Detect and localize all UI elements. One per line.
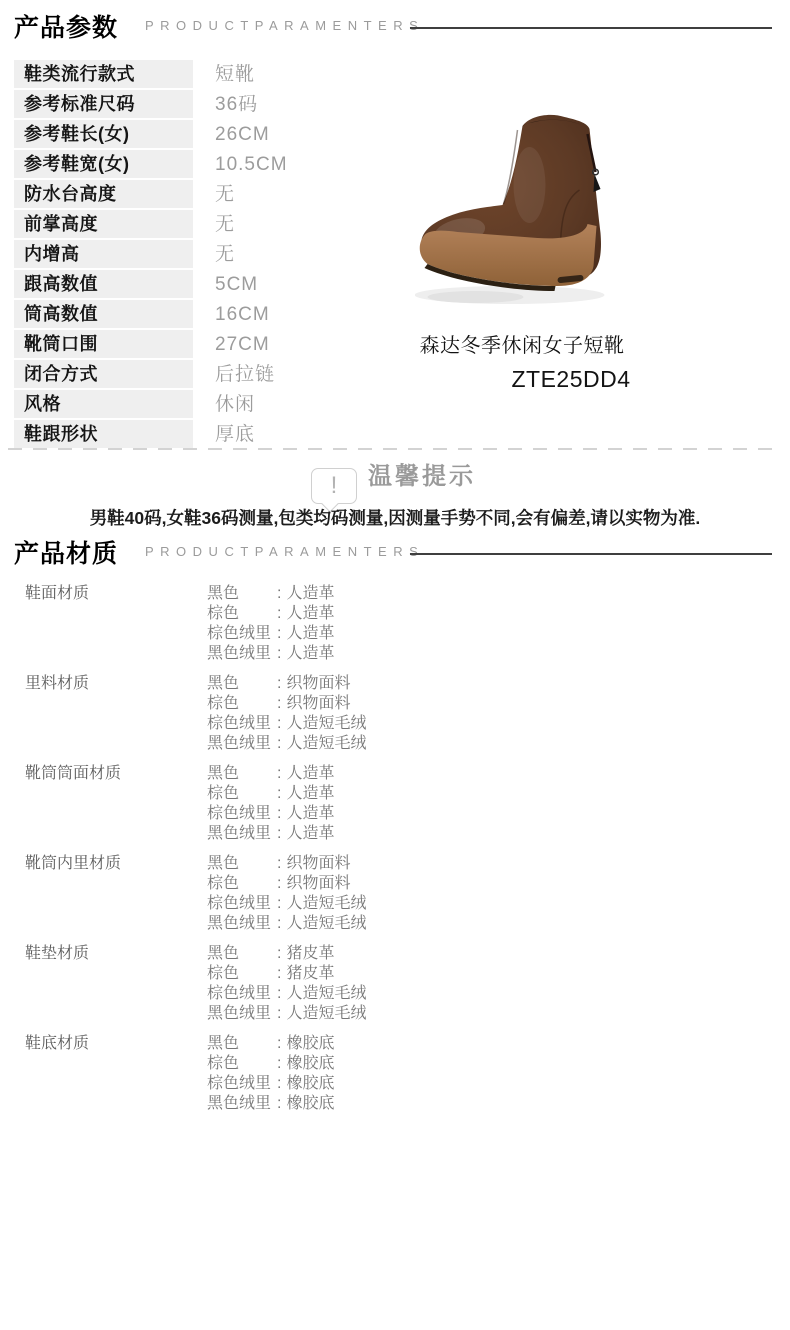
color-name: 黑色 [207, 674, 277, 694]
color-name: 黑色绒里 [207, 1004, 277, 1024]
separator: : [277, 965, 281, 982]
separator: : [277, 1055, 281, 1072]
table-row: 风格休闲 [14, 390, 444, 418]
material-value: 猪皮革 [286, 945, 334, 962]
param-value: 36码 [193, 90, 258, 118]
material-line: 黑色:橡胶底 [207, 1034, 334, 1054]
material-line: 黑色绒里:人造革 [207, 824, 334, 844]
param-value: 16CM [193, 300, 270, 328]
material-lines: 黑色:织物面料 棕色:织物面料 棕色绒里:人造短毛绒 黑色绒里:人造短毛绒 [207, 854, 366, 934]
material-line: 棕色绒里:人造短毛绒 [207, 894, 366, 914]
material-line: 棕色绒里:人造革 [207, 804, 334, 824]
material-block: 靴筒内里材质 黑色:织物面料 棕色:织物面料 棕色绒里:人造短毛绒 黑色绒里:人… [25, 854, 765, 934]
material-value: 织物面料 [286, 695, 350, 712]
material-value: 橡胶底 [286, 1055, 334, 1072]
product-title: 森达冬季休闲女子短靴 [391, 329, 653, 358]
separator: : [277, 695, 281, 712]
material-label: 鞋底材质 [25, 1034, 207, 1114]
materials-header-title: 产品材质 [14, 534, 118, 570]
material-value: 人造革 [286, 785, 334, 802]
param-label: 参考鞋长(女) [14, 120, 193, 148]
table-row: 跟高数值5CM [14, 270, 444, 298]
color-name: 黑色 [207, 944, 277, 964]
color-name: 棕色绒里 [207, 1074, 277, 1094]
params-header-title: 产品参数 [14, 8, 118, 44]
material-value: 人造短毛绒 [286, 985, 366, 1002]
material-block: 里料材质 黑色:织物面料 棕色:织物面料 棕色绒里:人造短毛绒 黑色绒里:人造短… [25, 674, 765, 754]
color-name: 棕色绒里 [207, 804, 277, 824]
color-name: 棕色 [207, 1054, 277, 1074]
param-value: 无 [193, 240, 235, 268]
material-line: 棕色:织物面料 [207, 874, 366, 894]
material-line: 棕色:人造革 [207, 604, 334, 624]
param-label: 筒高数值 [14, 300, 193, 328]
material-value: 橡胶底 [286, 1095, 334, 1112]
separator: : [277, 585, 281, 602]
material-value: 人造革 [286, 645, 334, 662]
materials-section-header: 产品材质 PRODUCTPARAMENTERS [0, 534, 790, 574]
material-value: 织物面料 [286, 875, 350, 892]
param-value: 无 [193, 180, 235, 208]
param-label: 跟高数值 [14, 270, 193, 298]
separator: : [277, 915, 281, 932]
material-block: 鞋底材质 黑色:橡胶底 棕色:橡胶底 棕色绒里:橡胶底 黑色绒里:橡胶底 [25, 1034, 765, 1114]
materials-header-subtitle: PRODUCTPARAMENTERS [145, 544, 424, 559]
material-line: 棕色绒里:人造短毛绒 [207, 984, 366, 1004]
material-label: 鞋面材质 [25, 584, 207, 664]
param-label: 参考标准尺码 [14, 90, 193, 118]
separator: : [277, 735, 281, 752]
header-rule-line [410, 553, 772, 555]
color-name: 棕色绒里 [207, 624, 277, 644]
param-label: 防水台高度 [14, 180, 193, 208]
params-header-subtitle: PRODUCTPARAMENTERS [145, 18, 424, 33]
material-value: 人造短毛绒 [286, 915, 366, 932]
color-name: 棕色绒里 [207, 714, 277, 734]
param-label: 前掌高度 [14, 210, 193, 238]
product-image-boot [415, 110, 615, 310]
color-name: 棕色 [207, 604, 277, 624]
param-value: 5CM [193, 270, 258, 298]
param-label: 靴筒口围 [14, 330, 193, 358]
color-name: 棕色绒里 [207, 894, 277, 914]
separator: : [277, 1075, 281, 1092]
table-row: 鞋跟形状厚底 [14, 420, 444, 448]
materials-list: 鞋面材质 黑色:人造革 棕色:人造革 棕色绒里:人造革 黑色绒里:人造革 里料材… [25, 584, 765, 1124]
material-lines: 黑色:人造革 棕色:人造革 棕色绒里:人造革 黑色绒里:人造革 [207, 584, 334, 664]
material-value: 橡胶底 [286, 1035, 334, 1052]
exclamation-icon: ! [311, 468, 357, 504]
product-model-code: ZTE25DD4 [440, 366, 702, 393]
separator: : [277, 785, 281, 802]
table-row: 参考鞋长(女)26CM [14, 120, 444, 148]
material-value: 织物面料 [286, 675, 350, 692]
color-name: 黑色 [207, 764, 277, 784]
table-row: 防水台高度无 [14, 180, 444, 208]
color-name: 黑色 [207, 584, 277, 604]
material-line: 黑色:猪皮革 [207, 944, 366, 964]
material-value: 人造短毛绒 [286, 895, 366, 912]
tips-text: 男鞋40码,女鞋36码测量,包类均码测量,因测量手势不同,会有偏差,请以实物为准… [0, 505, 790, 530]
material-value: 人造短毛绒 [286, 735, 366, 752]
separator: : [277, 855, 281, 872]
material-line: 棕色:人造革 [207, 784, 334, 804]
material-value: 人造革 [286, 805, 334, 822]
material-lines: 黑色:织物面料 棕色:织物面料 棕色绒里:人造短毛绒 黑色绒里:人造短毛绒 [207, 674, 366, 754]
separator: : [277, 1035, 281, 1052]
material-line: 黑色绒里:人造短毛绒 [207, 1004, 366, 1024]
material-lines: 黑色:人造革 棕色:人造革 棕色绒里:人造革 黑色绒里:人造革 [207, 764, 334, 844]
separator: : [277, 625, 281, 642]
material-value: 织物面料 [286, 855, 350, 872]
material-block: 鞋面材质 黑色:人造革 棕色:人造革 棕色绒里:人造革 黑色绒里:人造革 [25, 584, 765, 664]
material-line: 棕色:猪皮革 [207, 964, 366, 984]
color-name: 黑色绒里 [207, 734, 277, 754]
color-name: 棕色 [207, 964, 277, 984]
material-line: 棕色绒里:人造革 [207, 624, 334, 644]
color-name: 黑色绒里 [207, 1094, 277, 1114]
table-row: 筒高数值16CM [14, 300, 444, 328]
param-value: 10.5CM [193, 150, 288, 178]
material-label: 靴筒筒面材质 [25, 764, 207, 844]
param-value: 休闲 [193, 390, 255, 418]
param-label: 内增高 [14, 240, 193, 268]
table-row: 参考标准尺码36码 [14, 90, 444, 118]
material-line: 棕色:织物面料 [207, 694, 366, 714]
table-row: 闭合方式后拉链 [14, 360, 444, 388]
material-label: 里料材质 [25, 674, 207, 754]
material-line: 棕色绒里:人造短毛绒 [207, 714, 366, 734]
material-line: 黑色绒里:人造短毛绒 [207, 914, 366, 934]
exclamation-glyph: ! [312, 469, 356, 502]
separator: : [277, 875, 281, 892]
material-value: 人造革 [286, 605, 334, 622]
color-name: 黑色绒里 [207, 824, 277, 844]
material-lines: 黑色:橡胶底 棕色:橡胶底 棕色绒里:橡胶底 黑色绒里:橡胶底 [207, 1034, 334, 1114]
separator: : [277, 1005, 281, 1022]
params-section-header: 产品参数 PRODUCTPARAMENTERS [0, 8, 790, 48]
param-value: 无 [193, 210, 235, 238]
param-value: 短靴 [193, 60, 255, 88]
material-line: 黑色:织物面料 [207, 854, 366, 874]
param-value: 26CM [193, 120, 270, 148]
material-label: 靴筒内里材质 [25, 854, 207, 934]
material-block: 靴筒筒面材质 黑色:人造革 棕色:人造革 棕色绒里:人造革 黑色绒里:人造革 [25, 764, 765, 844]
separator: : [277, 765, 281, 782]
header-rule-line [410, 27, 772, 29]
color-name: 棕色 [207, 874, 277, 894]
material-value: 橡胶底 [286, 1075, 334, 1092]
material-value: 人造革 [286, 585, 334, 602]
material-line: 棕色绒里:橡胶底 [207, 1074, 334, 1094]
separator: : [277, 825, 281, 842]
separator: : [277, 805, 281, 822]
material-line: 黑色:人造革 [207, 584, 334, 604]
color-name: 黑色 [207, 854, 277, 874]
material-value: 人造短毛绒 [286, 1005, 366, 1022]
color-name: 棕色 [207, 784, 277, 804]
material-value: 人造革 [286, 625, 334, 642]
param-label: 闭合方式 [14, 360, 193, 388]
separator: : [277, 715, 281, 732]
material-block: 鞋垫材质 黑色:猪皮革 棕色:猪皮革 棕色绒里:人造短毛绒 黑色绒里:人造短毛绒 [25, 944, 765, 1024]
table-row: 参考鞋宽(女)10.5CM [14, 150, 444, 178]
separator: : [277, 985, 281, 1002]
product-detail-page: 产品参数 PRODUCTPARAMENTERS 鞋类流行款式短靴 参考标准尺码3… [0, 0, 790, 1330]
material-value: 猪皮革 [286, 965, 334, 982]
material-line: 黑色:织物面料 [207, 674, 366, 694]
param-value: 27CM [193, 330, 270, 358]
separator: : [277, 1095, 281, 1112]
separator: : [277, 895, 281, 912]
color-name: 黑色绒里 [207, 914, 277, 934]
param-value: 厚底 [193, 420, 255, 448]
color-name: 黑色 [207, 1034, 277, 1054]
separator: : [277, 675, 281, 692]
material-value: 人造短毛绒 [286, 715, 366, 732]
material-value: 人造革 [286, 825, 334, 842]
param-value: 后拉链 [193, 360, 275, 388]
material-line: 棕色:橡胶底 [207, 1054, 334, 1074]
material-value: 人造革 [286, 765, 334, 782]
param-label: 风格 [14, 390, 193, 418]
table-row: 前掌高度无 [14, 210, 444, 238]
parameters-table: 鞋类流行款式短靴 参考标准尺码36码 参考鞋长(女)26CM 参考鞋宽(女)10… [14, 60, 444, 450]
material-line: 黑色绒里:橡胶底 [207, 1094, 334, 1114]
table-row: 靴筒口围27CM [14, 330, 444, 358]
color-name: 黑色绒里 [207, 644, 277, 664]
dashed-divider [8, 448, 782, 450]
material-lines: 黑色:猪皮革 棕色:猪皮革 棕色绒里:人造短毛绒 黑色绒里:人造短毛绒 [207, 944, 366, 1024]
separator: : [277, 645, 281, 662]
tips-title: 温馨提示 [368, 456, 476, 491]
param-label: 参考鞋宽(女) [14, 150, 193, 178]
table-row: 内增高无 [14, 240, 444, 268]
separator: : [277, 605, 281, 622]
param-label: 鞋类流行款式 [14, 60, 193, 88]
color-name: 棕色绒里 [207, 984, 277, 1004]
material-line: 黑色绒里:人造革 [207, 644, 334, 664]
material-label: 鞋垫材质 [25, 944, 207, 1024]
material-line: 黑色绒里:人造短毛绒 [207, 734, 366, 754]
color-name: 棕色 [207, 694, 277, 714]
material-line: 黑色:人造革 [207, 764, 334, 784]
param-label: 鞋跟形状 [14, 420, 193, 448]
separator: : [277, 945, 281, 962]
table-row: 鞋类流行款式短靴 [14, 60, 444, 88]
